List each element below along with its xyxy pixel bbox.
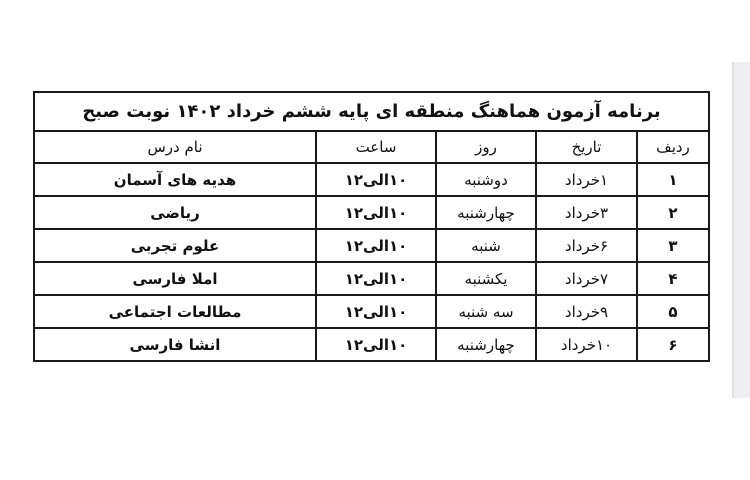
- header-time: ساعت: [316, 131, 436, 163]
- exam-day: شنبه: [436, 229, 536, 262]
- exam-subject: مطالعات اجتماعی: [34, 295, 316, 328]
- table-row: ۵ ۹خرداد سه شنبه ۱۰الی۱۲ مطالعات اجتماعی: [34, 295, 709, 328]
- exam-subject: املا فارسی: [34, 262, 316, 295]
- header-row: ردیف تاریخ روز ساعت نام درس: [34, 131, 709, 163]
- table-title: برنامه آزمون هماهنگ منطقه ای پایه ششم خر…: [34, 92, 709, 131]
- header-day: روز: [436, 131, 536, 163]
- page-edge-strip: [732, 62, 750, 398]
- row-number: ۲: [637, 196, 709, 229]
- exam-subject: هدیه های آسمان: [34, 163, 316, 196]
- header-date: تاریخ: [536, 131, 637, 163]
- exam-date: ۱۰خرداد: [536, 328, 637, 361]
- exam-day: چهارشنبه: [436, 196, 536, 229]
- exam-date: ۳خرداد: [536, 196, 637, 229]
- exam-day: سه شنبه: [436, 295, 536, 328]
- exam-subject: ریاضی: [34, 196, 316, 229]
- header-subject: نام درس: [34, 131, 316, 163]
- exam-date: ۷خرداد: [536, 262, 637, 295]
- table-row: ۳ ۶خرداد شنبه ۱۰الی۱۲ علوم تجربی: [34, 229, 709, 262]
- exam-time: ۱۰الی۱۲: [316, 163, 436, 196]
- table-row: ۲ ۳خرداد چهارشنبه ۱۰الی۱۲ ریاضی: [34, 196, 709, 229]
- row-number: ۱: [637, 163, 709, 196]
- row-number: ۳: [637, 229, 709, 262]
- exam-date: ۱خرداد: [536, 163, 637, 196]
- row-number: ۴: [637, 262, 709, 295]
- exam-time: ۱۰الی۱۲: [316, 328, 436, 361]
- exam-time: ۱۰الی۱۲: [316, 229, 436, 262]
- exam-day: دوشنبه: [436, 163, 536, 196]
- table-row: ۴ ۷خرداد یکشنبه ۱۰الی۱۲ املا فارسی: [34, 262, 709, 295]
- exam-date: ۹خرداد: [536, 295, 637, 328]
- header-row-number: ردیف: [637, 131, 709, 163]
- exam-time: ۱۰الی۱۲: [316, 196, 436, 229]
- exam-subject: انشا فارسی: [34, 328, 316, 361]
- exam-time: ۱۰الی۱۲: [316, 295, 436, 328]
- exam-date: ۶خرداد: [536, 229, 637, 262]
- table-row: ۶ ۱۰خرداد چهارشنبه ۱۰الی۱۲ انشا فارسی: [34, 328, 709, 361]
- exam-time: ۱۰الی۱۲: [316, 262, 436, 295]
- exam-day: یکشنبه: [436, 262, 536, 295]
- table-row: ۱ ۱خرداد دوشنبه ۱۰الی۱۲ هدیه های آسمان: [34, 163, 709, 196]
- exam-schedule-table: برنامه آزمون هماهنگ منطقه ای پایه ششم خر…: [33, 91, 710, 362]
- row-number: ۵: [637, 295, 709, 328]
- row-number: ۶: [637, 328, 709, 361]
- exam-subject: علوم تجربی: [34, 229, 316, 262]
- exam-day: چهارشنبه: [436, 328, 536, 361]
